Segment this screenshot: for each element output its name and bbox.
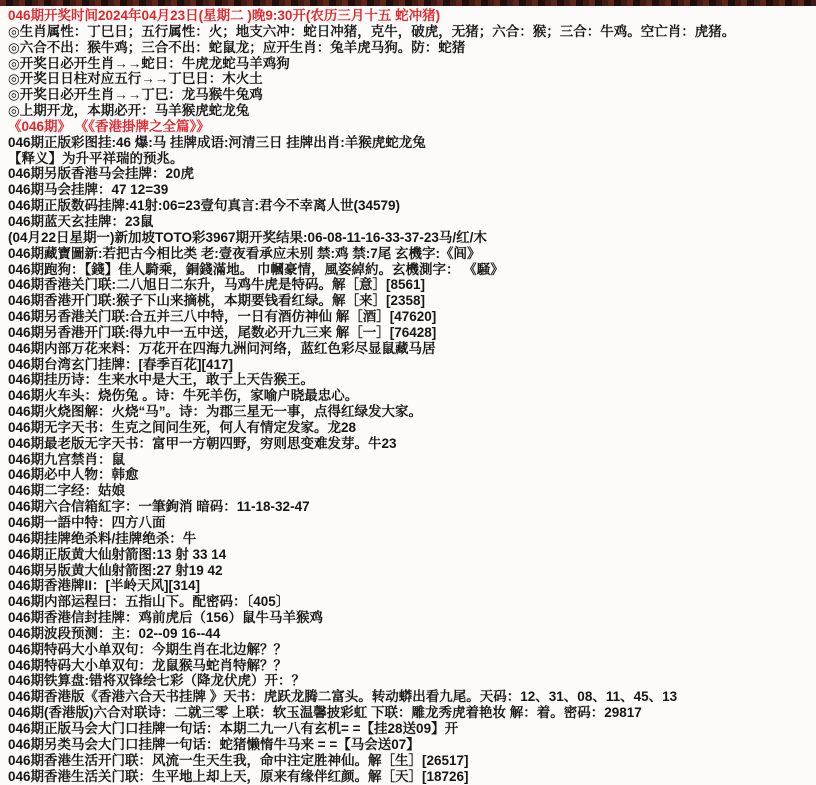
text-line: ◎六合不出：猴牛鸡；三合不出：蛇鼠龙；应开生肖：兔羊虎马狗。防：蛇猪 bbox=[8, 40, 812, 56]
text-line: 【释义】为升平祥瑞的预兆。 bbox=[8, 151, 812, 167]
text-line: 046期香港版《香港六合天书挂牌 》天书：虎跃龙腾二富头。转动蟒出看九尾。天码：… bbox=[8, 689, 812, 705]
text-line: 046期二字经：姑娘 bbox=[8, 483, 812, 499]
text-line: 046期六合信箱紅字：一筆鉤消 暗码：11-18-32-47 bbox=[8, 499, 812, 515]
text-line: ◎上期开龙，本期必开：马羊猴虎蛇龙兔 bbox=[8, 103, 812, 119]
tip-sheet-content: 046期开奖时间2024年04月23日(星期二 )晚9:30开(农历三月十五 蛇… bbox=[0, 6, 816, 784]
text-line: ◎开奖日必开生肖→→蛇日：牛虎龙蛇马羊鸡狗 bbox=[8, 56, 812, 72]
text-line: 046期藏寶圖新:若把古今相比类 老:壹夜看承应未别 禁:鸡 禁:7尾 玄機字:… bbox=[8, 246, 812, 262]
text-line: 046期无字天书：生克之间问生死，何人有情定发家。龙28 bbox=[8, 420, 812, 436]
text-line: 046期另香港关门联:合五并三八中特，一日有酒仿神仙 解［酒］[47620] bbox=[8, 309, 812, 325]
text-line: 046期台湾玄门挂牌：[春季百花][417] bbox=[8, 357, 812, 373]
text-line: 046期火烧图解：火烧“马”。诗：为郡三星无一事，点得红绿发大家。 bbox=[8, 404, 812, 420]
zodiac-attributes-line: ◎生肖属性：丁巳日；五行属性：火；地支六冲：蛇日冲猪，克牛，破虎，无猪；六合：猴… bbox=[8, 24, 812, 40]
text-line: 046期另香港开门联:得九中一五中送，尾数必开九三来 解［一］[76428] bbox=[8, 325, 812, 341]
text-line: 046期火车头：烧伤兔 。诗：牛死羊伤，家喻户晓最忠心。 bbox=[8, 388, 812, 404]
toto-result-line: (04月22日星期一)新加坡TOTO彩3967期开奖结果:06-08-11-16… bbox=[8, 230, 812, 246]
text-line: 046期铁算盘:错将双锋绘七彩（降龙伏虎）开：？ bbox=[8, 673, 812, 689]
text-line: 046期跑狗：【錢】佳人騎乘，銅錢滿地。 巾幗豪情，風姿綽約。玄機測字： 《騒》 bbox=[8, 262, 812, 278]
draw-time-header: 046期开奖时间2024年04月23日(星期二 )晚9:30开(农历三月十五 蛇… bbox=[8, 8, 812, 24]
text-line: 046期内部运程曰：五指山下。配密码：〔405〕 bbox=[8, 594, 812, 610]
text-line: 046期一語中特：四方八面 bbox=[8, 515, 812, 531]
text-line: 046期香港信封挂牌：鸡前虎后（156）鼠牛马羊猴鸡 bbox=[8, 610, 812, 626]
text-line: 046期挂牌绝杀料/挂牌绝杀：牛 bbox=[8, 531, 812, 547]
text-line: 046期波段预测：主：02--09 16--44 bbox=[8, 626, 812, 642]
text-line: 046期特码大小单双句：今期生肖在北边解？？ bbox=[8, 642, 812, 658]
text-line: 046期香港生活开门联：风流一生天生我，命中注定胜神仙。解［生］[26517] bbox=[8, 753, 812, 769]
text-line: 046期九宫禁肖：鼠 bbox=[8, 452, 812, 468]
text-line: ◎开奖日日柱对应五行→→丁巳日：木火土 bbox=[8, 71, 812, 87]
guapai-section-title: 《046期》 《《香港掛牌之全篇》》 bbox=[8, 119, 812, 135]
text-line: 046期挂历诗：生来水中是大王，敢于上天告猴王。 bbox=[8, 372, 812, 388]
text-line: 046期另类马会大门口挂牌一句话：蛇猪懒惰牛马来 = =【马会送07】 bbox=[8, 737, 812, 753]
text-line: 046期香港关门联:二八旭日二东升，马鸡牛虎是特码。解［意］[8561] bbox=[8, 277, 812, 293]
text-line: 046期正版彩图挂:46 爆:马 挂牌成语:河清三日 挂牌出肖:羊猴虎蛇龙兔 bbox=[8, 135, 812, 151]
text-line: 046期香港生活关门联：生平地上却上天，原来有缘伴红颜。解［天］[18726] bbox=[8, 769, 812, 785]
text-line: 046期正版马会大门口挂牌一句话：本期二九一八有玄机= =【挂28送09】开 bbox=[8, 721, 812, 737]
text-line: 046期香港开门联:猴子下山来摘桃，本期要钱看红绿。解［来］[2358] bbox=[8, 293, 812, 309]
text-line: 046期香港牌II：[半岭天风][314] bbox=[8, 578, 812, 594]
text-line: 046期(香港版)六合对联诗：二就三零 上联：软玉温馨披彩虹 下联：雕龙秀虎着艳… bbox=[8, 705, 812, 721]
text-line: 046期内部万花来料：万花开在四海九洲问河络，蓝红色彩尽显鼠藏马居 bbox=[8, 341, 812, 357]
text-line: ◎开奖日必开生肖→→丁巳：龙马猴牛兔鸡 bbox=[8, 87, 812, 103]
text-line: 046期马会挂牌：47 12=39 bbox=[8, 182, 812, 198]
text-line: 046期必中人物：韩愈 bbox=[8, 467, 812, 483]
text-line: 046期另版香港马会挂牌：20虎 bbox=[8, 166, 812, 182]
text-line: 046期正版黄大仙射箭图:13 射 33 14 bbox=[8, 547, 812, 563]
text-line: 046期正版数码挂牌:41射:06=23壹句真言:君今不幸离人世(34579) bbox=[8, 198, 812, 214]
text-line: 046期最老版无字天书：富甲一方朝四野，穷则思变难发芽。牛23 bbox=[8, 436, 812, 452]
text-line: 046期特码大小单双句：龙鼠猴马蛇肖特解？？ bbox=[8, 658, 812, 674]
text-line: 046期另版黄大仙射箭图:27 射19 42 bbox=[8, 563, 812, 579]
text-line: 046期蓝天玄挂牌：23鼠 bbox=[8, 214, 812, 230]
